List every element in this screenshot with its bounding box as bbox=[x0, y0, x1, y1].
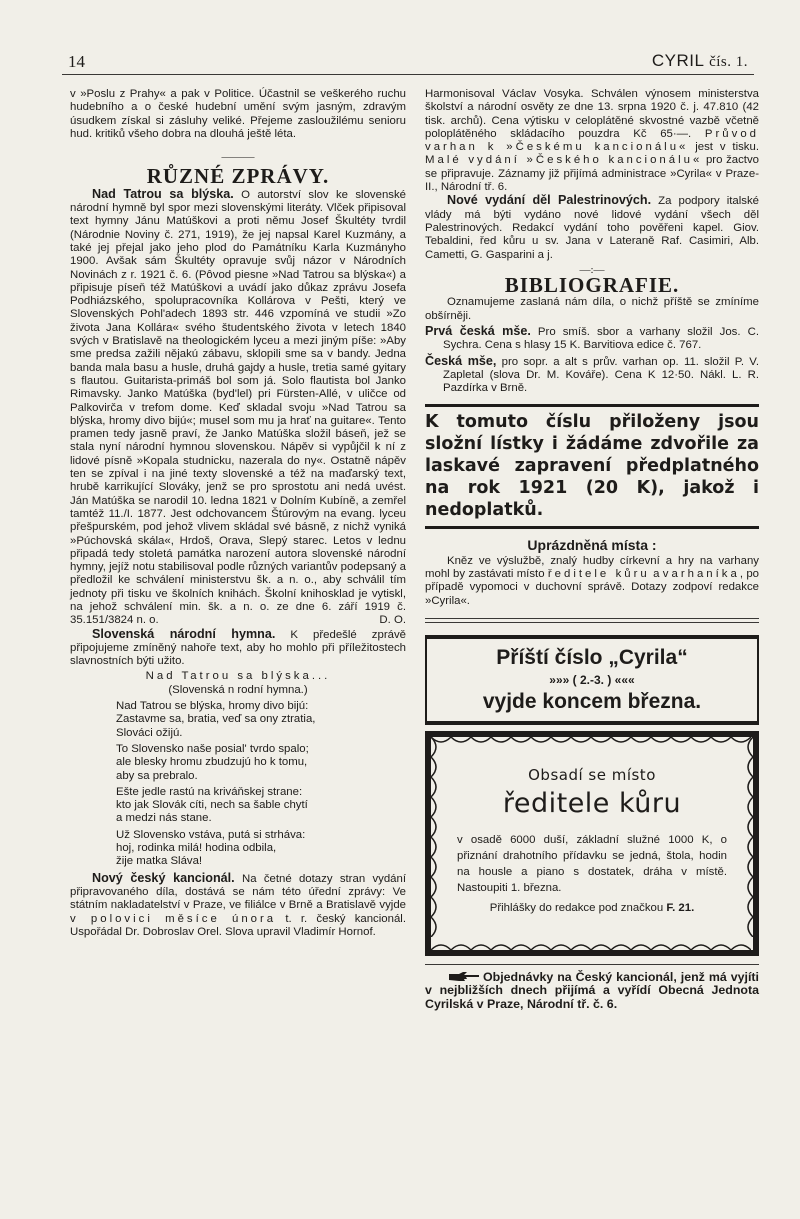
scalloped-border-icon bbox=[431, 737, 751, 745]
vacancies-title: Uprázdněná místa : bbox=[425, 539, 759, 552]
advert-apply: Přihlášky do redakce pod značkou F. 21. bbox=[457, 902, 727, 915]
bibliography-intro: Oznamujeme zaslaná nám díla, o nichž pří… bbox=[425, 296, 759, 323]
kancional-continuation: Harmonisoval Václav Vosyka. Schválen výn… bbox=[425, 88, 759, 194]
poem-stanza: Ešte jedle rastú na kriváňskej strane: k… bbox=[116, 786, 406, 826]
paragraph-emphasis: varhaníka bbox=[663, 568, 740, 580]
advert-position: ředitele kůru bbox=[457, 786, 727, 822]
article-title: Nový český kancionál. bbox=[92, 871, 235, 885]
orders-notice: Objednávky na Český kancionál, jenž má v… bbox=[425, 971, 759, 1012]
article-emphasis: v polovici měsíce února bbox=[70, 913, 276, 925]
scalloped-border-icon bbox=[745, 737, 753, 937]
article-novy-kancional: Nový český kancionál. Na četné dotazy st… bbox=[70, 872, 406, 939]
rule bbox=[425, 964, 759, 965]
paragraph-emphasis: ředitele kůru bbox=[548, 568, 650, 580]
article-body: O autorství slov ke slovenské národní hy… bbox=[70, 189, 406, 627]
poem-stanza: Už Slovensko vstáva, putá si strháva: ho… bbox=[116, 829, 406, 869]
page-number: 14 bbox=[68, 52, 85, 72]
paragraph-text: a bbox=[650, 568, 663, 580]
job-advert-box: Obsadí se místo ředitele kůru v osadě 60… bbox=[425, 731, 759, 956]
article-title: Slovenská národní hymna. bbox=[92, 627, 275, 641]
poem: Nad Tatrou se blýska, hromy divo bijú: Z… bbox=[116, 700, 406, 869]
bibliography-item: Prvá česká mše. Pro smíš. sbor a varhany… bbox=[425, 325, 759, 353]
scalloped-border-icon bbox=[431, 942, 751, 950]
poem-line: Ešte jedle rastú na kriváňskej strane: bbox=[116, 786, 406, 799]
article-nad-tatrou: Nad Tatrou sa blýska. O autorství slov k… bbox=[70, 188, 406, 628]
right-column: Harmonisoval Václav Vosyka. Schválen výn… bbox=[425, 88, 759, 1011]
left-column: v »Poslu z Prahy« a pak v Politice. Účas… bbox=[70, 88, 406, 939]
poem-line: To Slovensko naše posial' tvrdo spalo; bbox=[116, 743, 406, 756]
issue-number: čís. 1. bbox=[709, 54, 748, 70]
scalloped-border-icon bbox=[431, 737, 439, 937]
bibliography-item-title: Česká mše, bbox=[425, 354, 496, 368]
journal-name: CYRIL bbox=[652, 51, 704, 70]
magazine-page: 14 CYRIL čís. 1. v »Poslu z Prahy« a pak… bbox=[0, 0, 800, 1219]
paragraph-emphasis: Malé vydání »Českého kancionálu« bbox=[425, 154, 702, 166]
poem-line: Zastavme sa, bratia, veď sa ony ztratia, bbox=[116, 713, 406, 726]
poem-title: Nad Tatrou sa blýska... bbox=[70, 670, 406, 683]
pointing-hand-icon bbox=[449, 972, 479, 982]
poem-line: Už Slovensko vstáva, putá si strháva: bbox=[116, 829, 406, 842]
poem-subtitle: (Slovenská n rodní hymna.) bbox=[70, 684, 406, 697]
subscription-notice: K tomuto číslu přiloženy jsou složní lís… bbox=[425, 404, 759, 529]
next-issue-line: Příští číslo „Cyrila“ bbox=[427, 645, 757, 671]
intro-paragraph: v »Poslu z Prahy« a pak v Politice. Účas… bbox=[70, 88, 406, 141]
vacancies-text: Kněz ve výslužbě, znalý hudby církevní a… bbox=[425, 555, 759, 608]
advert-apply-text: Přihlášky do redakce pod značkou bbox=[490, 902, 667, 914]
article-title: Nad Tatrou sa blýska. bbox=[92, 187, 234, 201]
article-palestrina: Nové vydání děl Palestrinových. Za podpo… bbox=[425, 194, 759, 261]
double-rule bbox=[425, 618, 759, 623]
advert-heading: Obsadí se místo bbox=[457, 769, 727, 782]
next-issue-box: Příští číslo „Cyrila“ »»» ( 2.-3. ) ««« … bbox=[425, 635, 759, 725]
article-signature: D. O. bbox=[357, 614, 406, 627]
section-title: RŮZNÉ ZPRÁVY. bbox=[70, 170, 406, 183]
bibliography-item: Česká mše, pro sopr. a alt s prův. varha… bbox=[425, 355, 759, 396]
next-issue-date: vyjde koncem března. bbox=[427, 689, 757, 715]
poem-stanza: To Slovensko naše posial' tvrdo spalo; a… bbox=[116, 743, 406, 783]
article-title: Nové vydání děl Palestrinových. bbox=[447, 193, 651, 207]
paragraph-text: jest v tisku. bbox=[688, 141, 759, 153]
bibliography-title: BIBLIOGRAFIE. bbox=[425, 279, 759, 292]
poem-line: hoj, rodinka milá! hodina odbila, bbox=[116, 842, 406, 855]
poem-line: Nad Tatrou se blýska, hromy divo bijú: bbox=[116, 700, 406, 713]
divider: ——— bbox=[70, 151, 406, 164]
poem-line: a medzi nás stane. bbox=[116, 812, 406, 825]
page-header: 14 CYRIL čís. 1. bbox=[62, 48, 754, 75]
poem-line: ale blesky hromu zbudzujú ho k tomu, bbox=[116, 756, 406, 769]
journal-title: CYRIL čís. 1. bbox=[652, 51, 748, 71]
poem-line: žije matka Sláva! bbox=[116, 855, 406, 868]
advert-details: v osadě 6000 duší, základní služné 1000 … bbox=[457, 832, 727, 896]
advert-code: F. 21. bbox=[666, 902, 694, 914]
bibliography-item-title: Prvá česká mše. bbox=[425, 324, 531, 338]
poem-line: kto jak Slovák cíti, nech sa šable chytí bbox=[116, 799, 406, 812]
poem-line: aby sa prebralo. bbox=[116, 770, 406, 783]
next-issue-number: »»» ( 2.-3. ) ««« bbox=[427, 671, 757, 689]
poem-line: Slováci ožijú. bbox=[116, 727, 406, 740]
poem-stanza: Nad Tatrou se blýska, hromy divo bijú: Z… bbox=[116, 700, 406, 740]
article-slovenska-hymna: Slovenská národní hymna. K předešlé zprá… bbox=[70, 628, 406, 669]
